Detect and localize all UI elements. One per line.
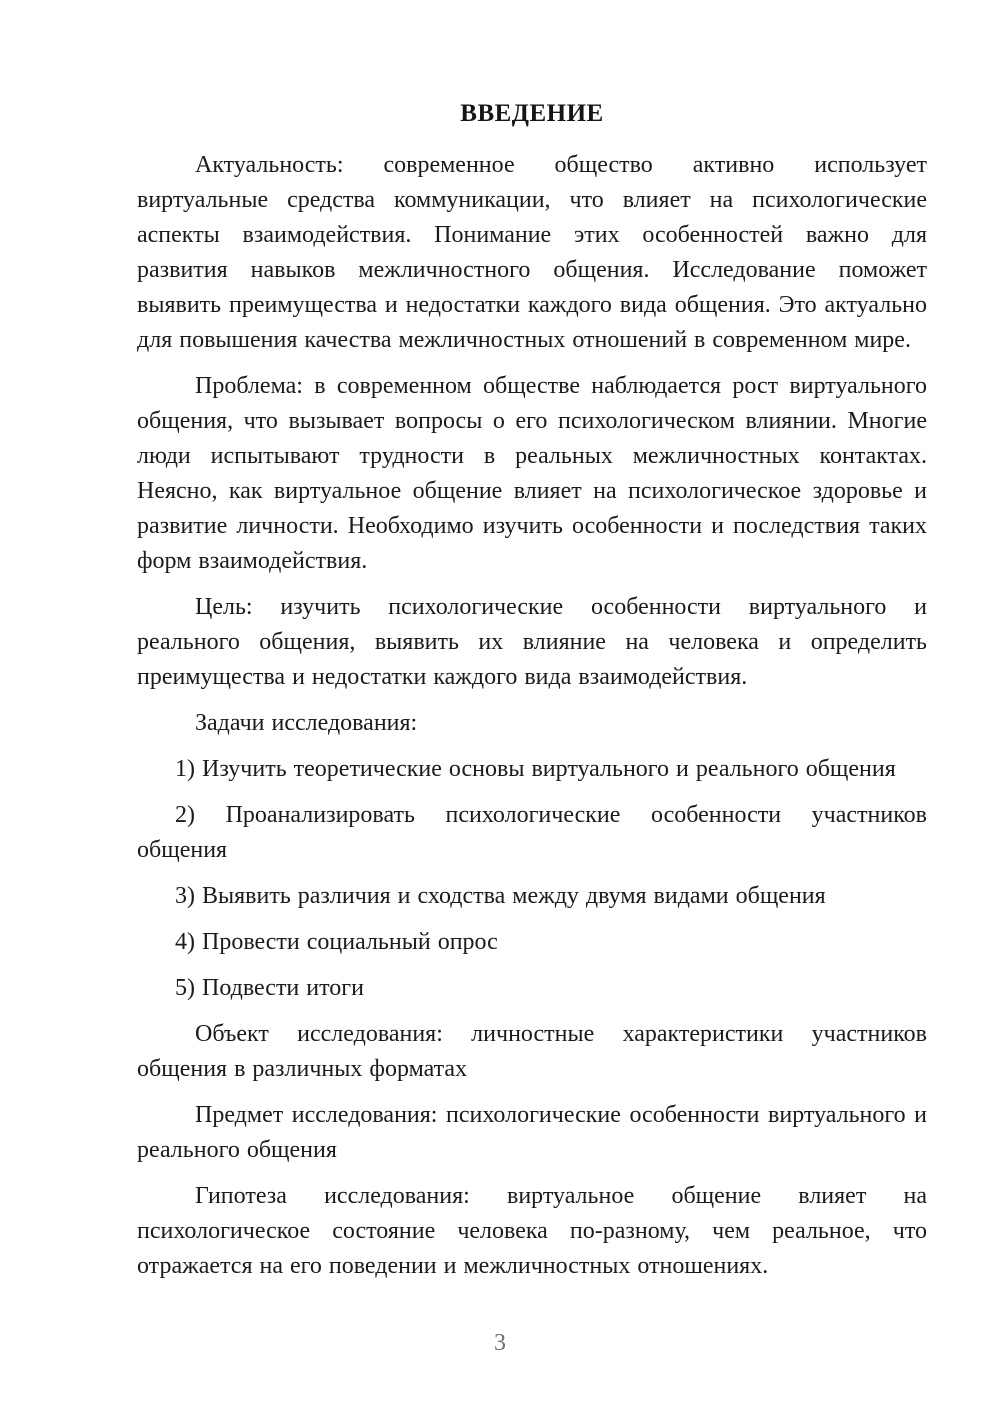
page-number: 3: [0, 1326, 1000, 1361]
list-item-3: 3) Выявить различия и сходства между дву…: [137, 879, 927, 914]
paragraph-zadachi-heading: Задачи исследования:: [137, 706, 927, 741]
paragraph-predmet: Предмет исследования: психологические ос…: [137, 1098, 927, 1168]
list-item-2: 2) Проанализировать психологические особ…: [137, 798, 927, 868]
paragraph-gipoteza: Гипотеза исследования: виртуальное общен…: [137, 1179, 927, 1284]
list-item-5: 5) Подвести итоги: [137, 971, 927, 1006]
document-page: ВВЕДЕНИЕ Актуальность: современное общес…: [0, 0, 1000, 1414]
paragraph-problema: Проблема: в современном обществе наблюда…: [137, 369, 927, 579]
paragraph-obekt: Объект исследования: личностные характер…: [137, 1017, 927, 1087]
paragraph-tsel: Цель: изучить психологические особенност…: [137, 590, 927, 695]
paragraph-aktualnost: Актуальность: современное общество актив…: [137, 148, 927, 358]
list-item-1: 1) Изучить теоретические основы виртуаль…: [137, 752, 927, 787]
document-title: ВВЕДЕНИЕ: [137, 96, 927, 131]
document-content: ВВЕДЕНИЕ Актуальность: современное общес…: [137, 0, 927, 1295]
list-item-4: 4) Провести социальный опрос: [137, 925, 927, 960]
